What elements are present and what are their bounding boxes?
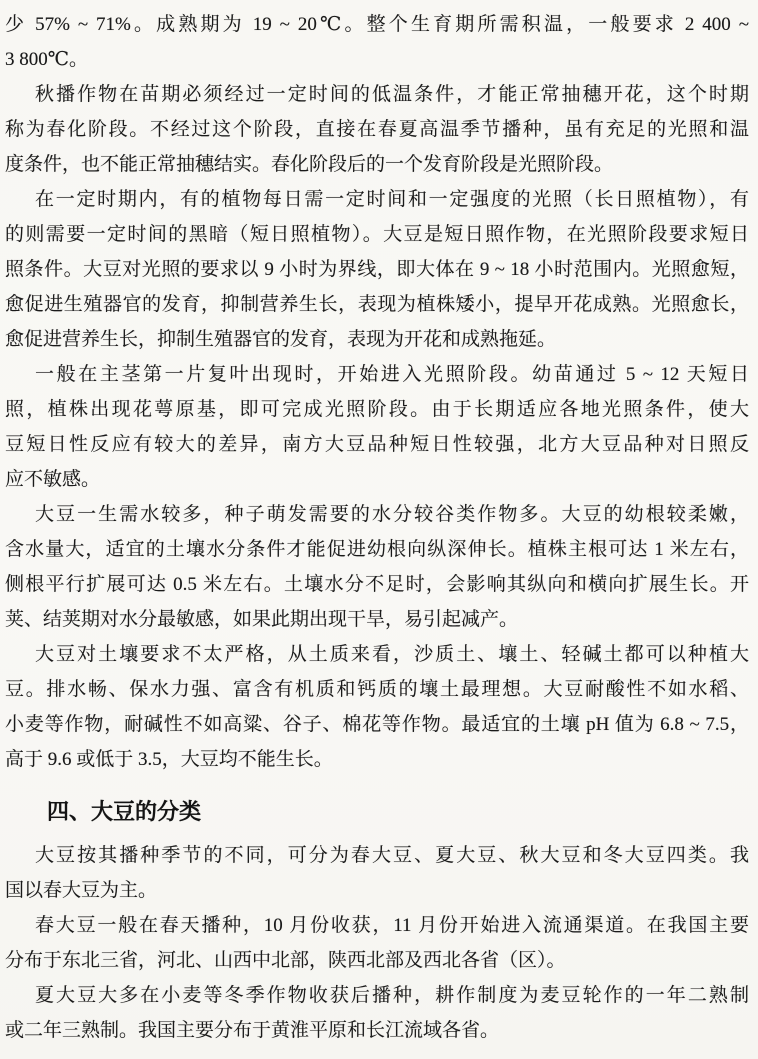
text-line: 大豆按其播种季节的不同，可分为春大豆、夏大豆、秋大豆和冬大豆四类。我 bbox=[5, 838, 749, 873]
paragraph: 秋播作物在苗期必须经过一定时间的低温条件，才能正常抽穗开花，这个时期称为春化阶段… bbox=[5, 77, 749, 182]
text-line: 国以春大豆为主。 bbox=[5, 873, 749, 908]
text-line: 在一定时期内，有的植物每日需一定时间和一定强度的光照（长日照植物），有 bbox=[5, 182, 749, 217]
text-line: 侧根平行扩展可达 0.5 米左右。土壤水分不足时，会影响其纵向和横向扩展生长。开 bbox=[5, 567, 749, 602]
text-line: 愈促进生殖器官的发育，抑制营养生长，表现为植株矮小，提早开花成熟。光照愈长， bbox=[5, 287, 749, 322]
paragraph: 少 57% ~ 71%。成熟期为 19 ~ 20℃。整个生育期所需积温，一般要求… bbox=[5, 7, 749, 77]
text-line: 照条件。大豆对光照的要求以 9 小时为界线，即大体在 9 ~ 18 小时范围内。… bbox=[5, 252, 749, 287]
text-line: 或二年三熟制。我国主要分布于黄淮平原和长江流域各省。 bbox=[5, 1013, 749, 1048]
section-heading: 四、大豆的分类 bbox=[5, 794, 749, 829]
text-line: 豆。排水畅、保水力强、富含有机质和钙质的壤土最理想。大豆耐酸性不如水稻、 bbox=[5, 672, 749, 707]
paragraph: 春大豆一般在春天播种，10 月份收获，11 月份开始进入流通渠道。在我国主要分布… bbox=[5, 908, 749, 978]
paragraph: 一般在主茎第一片复叶出现时，开始进入光照阶段。幼苗通过 5 ~ 12 天短日照，… bbox=[5, 357, 749, 497]
text-line: 豆短日性反应有较大的差异，南方大豆品种短日性较强，北方大豆品种对日照反 bbox=[5, 427, 749, 462]
paragraph: 大豆按其播种季节的不同，可分为春大豆、夏大豆、秋大豆和冬大豆四类。我国以春大豆为… bbox=[5, 838, 749, 908]
paragraph: 大豆对土壤要求不太严格，从土质来看，沙质土、壤土、轻碱土都可以种植大豆。排水畅、… bbox=[5, 637, 749, 777]
document-body: 少 57% ~ 71%。成熟期为 19 ~ 20℃。整个生育期所需积温，一般要求… bbox=[0, 0, 758, 1048]
text-line: 秋播作物在苗期必须经过一定时间的低温条件，才能正常抽穗开花，这个时期 bbox=[5, 77, 749, 112]
text-line: 含水量大，适宜的土壤水分条件才能促进幼根向纵深伸长。植株主根可达 1 米左右， bbox=[5, 532, 749, 567]
text-line: 少 57% ~ 71%。成熟期为 19 ~ 20℃。整个生育期所需积温，一般要求… bbox=[5, 7, 749, 42]
text-line: 一般在主茎第一片复叶出现时，开始进入光照阶段。幼苗通过 5 ~ 12 天短日 bbox=[5, 357, 749, 392]
text-line: 大豆一生需水较多，种子萌发需要的水分较谷类作物多。大豆的幼根较柔嫩， bbox=[5, 497, 749, 532]
document-page: 少 57% ~ 71%。成熟期为 19 ~ 20℃。整个生育期所需积温，一般要求… bbox=[0, 0, 758, 1059]
text-line: 春大豆一般在春天播种，10 月份收获，11 月份开始进入流通渠道。在我国主要 bbox=[5, 908, 749, 943]
paragraph: 在一定时期内，有的植物每日需一定时间和一定强度的光照（长日照植物），有的则需要一… bbox=[5, 182, 749, 357]
text-line: 愈促进营养生长，抑制生殖器官的发育，表现为开花和成熟拖延。 bbox=[5, 322, 749, 357]
text-line: 的则需要一定时间的黑暗（短日照植物）。大豆是短日照作物，在光照阶段要求短日 bbox=[5, 217, 749, 252]
text-line: 高于 9.6 或低于 3.5，大豆均不能生长。 bbox=[5, 742, 749, 777]
text-line: 应不敏感。 bbox=[5, 462, 749, 497]
text-line: 度条件，也不能正常抽穗结实。春化阶段后的一个发育阶段是光照阶段。 bbox=[5, 147, 749, 182]
text-line: 称为春化阶段。不经过这个阶段，直接在春夏高温季节播种，虽有充足的光照和温 bbox=[5, 112, 749, 147]
text-line: 荚、结荚期对水分最敏感，如果此期出现干旱，易引起减产。 bbox=[5, 602, 749, 637]
paragraph: 夏大豆大多在小麦等冬季作物收获后播种，耕作制度为麦豆轮作的一年二熟制或二年三熟制… bbox=[5, 978, 749, 1048]
text-line: 大豆对土壤要求不太严格，从土质来看，沙质土、壤土、轻碱土都可以种植大 bbox=[5, 637, 749, 672]
text-line: 分布于东北三省，河北、山西中北部，陕西北部及西北各省（区）。 bbox=[5, 943, 749, 978]
paragraph: 大豆一生需水较多，种子萌发需要的水分较谷类作物多。大豆的幼根较柔嫩，含水量大，适… bbox=[5, 497, 749, 637]
text-line: 小麦等作物，耐碱性不如高粱、谷子、棉花等作物。最适宜的土壤 pH 值为 6.8 … bbox=[5, 707, 749, 742]
text-line: 夏大豆大多在小麦等冬季作物收获后播种，耕作制度为麦豆轮作的一年二熟制 bbox=[5, 978, 749, 1013]
text-line: 3 800℃。 bbox=[5, 42, 749, 77]
text-line: 照，植株出现花萼原基，即可完成光照阶段。由于长期适应各地光照条件，使大 bbox=[5, 392, 749, 427]
